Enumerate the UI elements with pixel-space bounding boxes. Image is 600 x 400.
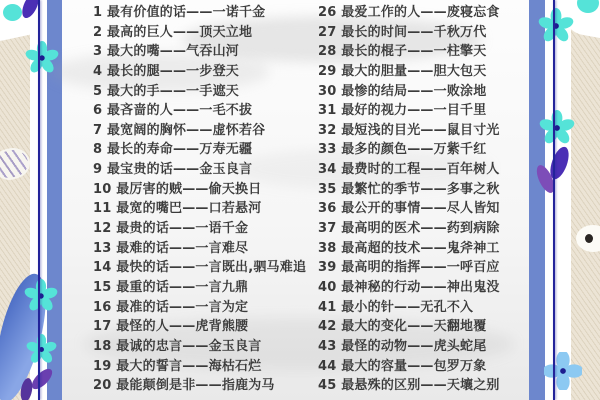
- list-item: 4 最长的腿——一步登天: [93, 62, 306, 82]
- list-right-column: 26 最爱工作的人——废寝忘食 27 最长的时间——千秋万代 28 最长的棍子—…: [318, 3, 500, 396]
- list-item: 13 最难的话——一言难尽: [93, 239, 306, 259]
- right-fabric-texture: [571, 0, 600, 400]
- eye-pupil-icon: [585, 234, 593, 243]
- list-item: 40 最神秘的行动——神出鬼没: [318, 278, 500, 298]
- list-item: 38 最高超的技术——鬼斧神工: [318, 239, 500, 259]
- list-item: 1 最有价值的话——一诺千金: [93, 3, 306, 23]
- left-seam-line: [38, 0, 40, 400]
- list-item: 41 最小的针——无孔不入: [318, 298, 500, 318]
- flower-icon: [539, 110, 575, 146]
- list-item: 17 最怪的人——虎背熊腰: [93, 317, 306, 337]
- flower-icon: [26, 334, 57, 365]
- list-item: 16 最准的话——一言为定: [93, 298, 306, 318]
- list-item: 43 最怪的动物——虎头蛇尾: [318, 337, 500, 357]
- list-item: 29 最大的胆量——胆大包天: [318, 62, 500, 82]
- flower-icon: [538, 8, 574, 44]
- list-item: 20 最能颠倒是非——指鹿为马: [93, 376, 306, 396]
- list-item: 32 最短浅的目光——鼠目寸光: [318, 121, 500, 141]
- list-item: 31 最好的视力——一目千里: [318, 101, 500, 121]
- list-item: 37 最高明的医术——药到病除: [318, 219, 500, 239]
- flower-icon: [24, 279, 58, 313]
- list-item: 9 最宝贵的话——金玉良言: [93, 160, 306, 180]
- list-item: 10 最厉害的贼——偷天换日: [93, 180, 306, 200]
- list-item: 44 最大的容量——包罗万象: [318, 357, 500, 377]
- list-item: 3 最大的嘴——气吞山河: [93, 42, 306, 62]
- list-item: 18 最诚的忠言——金玉良言: [93, 337, 306, 357]
- list-item: 14 最快的话——一言既出,驷马难追: [93, 258, 306, 278]
- right-blue-stripe: [529, 0, 545, 400]
- list-item: 33 最多的颜色——万紫千红: [318, 140, 500, 160]
- list-item: 42 最大的变化——天翻地覆: [318, 317, 500, 337]
- list-item: 35 最繁忙的季节——多事之秋: [318, 180, 500, 200]
- flower-icon: [25, 41, 59, 75]
- list-item: 27 最长的时间——千秋万代: [318, 23, 500, 43]
- list-item: 8 最长的寿命——万寿无疆: [93, 140, 306, 160]
- list-item: 36 最公开的事情——尽人皆知: [318, 199, 500, 219]
- list-item: 26 最爱工作的人——废寝忘食: [318, 3, 500, 23]
- list-item: 6 最吝啬的人——一毛不拔: [93, 101, 306, 121]
- list-item: 28 最长的棍子——一柱擎天: [318, 42, 500, 62]
- list-item: 39 最高明的指挥——一呼百应: [318, 258, 500, 278]
- list-item: 45 最悬殊的区别——天壤之别: [318, 376, 500, 396]
- list-left-column: 1 最有价值的话——一诺千金 2 最高的巨人——顶天立地 3 最大的嘴——气吞山…: [93, 3, 306, 396]
- right-white-band: [545, 0, 571, 400]
- page: 1 最有价值的话——一诺千金 2 最高的巨人——顶天立地 3 最大的嘴——气吞山…: [0, 0, 600, 400]
- flower-icon: [544, 352, 582, 390]
- list-item: 2 最高的巨人——顶天立地: [93, 23, 306, 43]
- list-item: 34 最费时的工程——百年树人: [318, 160, 500, 180]
- teal-blob-icon: [3, 4, 22, 21]
- list-item: 19 最大的誓言——海枯石烂: [93, 357, 306, 377]
- list-item: 5 最大的手——一手遮天: [93, 82, 306, 102]
- list-item: 30 最惨的结局——一败涂地: [318, 82, 500, 102]
- list-item: 12 最贵的话——一语千金: [93, 219, 306, 239]
- list-item: 15 最重的话——一言九鼎: [93, 278, 306, 298]
- list-item: 11 最宽的嘴巴——口若悬河: [93, 199, 306, 219]
- right-seam-line: [553, 0, 555, 400]
- list-item: 7 最宽阔的胸怀——虚怀若谷: [93, 121, 306, 141]
